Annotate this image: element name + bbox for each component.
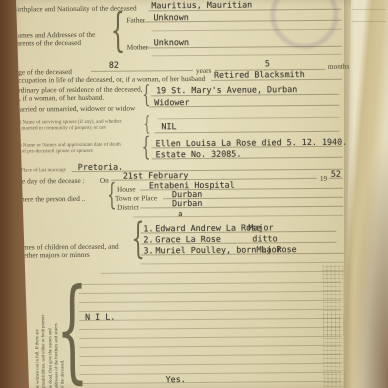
ruled-line (352, 21, 386, 22)
ruled-line (79, 345, 341, 348)
ruled-line (79, 309, 341, 312)
document-content: Birthplace and Nationality of the deceas… (0, 0, 388, 388)
house-label: House (117, 185, 136, 194)
ruled-line (91, 70, 193, 72)
ruled-line (154, 131, 339, 134)
ink-stamp (270, 0, 339, 49)
ruled-line (141, 262, 344, 265)
ruled-line (79, 354, 341, 357)
ruled-line (133, 215, 343, 218)
ruled-line (79, 363, 341, 366)
ruled-line (140, 206, 343, 209)
town-label: Town or Place (115, 193, 157, 202)
marital-label: Married or unmarried, widower or widow (13, 104, 135, 114)
decease-day-label: The day of the decease : (14, 176, 85, 186)
last-marriage-label: (c) Place of last marriage (14, 167, 66, 173)
year-printed: 19 (320, 174, 327, 183)
age-years-value: 82 (109, 60, 119, 70)
page-fold-shadow (344, 0, 354, 388)
ruled-line (79, 318, 341, 321)
district-label: District (117, 202, 139, 211)
residence-label-line2: or, if a woman, of her husband. (13, 93, 104, 103)
parents-label-line2: Parents of the deceased (13, 38, 81, 48)
ruled-line (352, 9, 386, 10)
ruled-line (79, 291, 341, 294)
mother-value: Unknown (154, 37, 189, 47)
ruled-line (329, 178, 343, 179)
father-label: Father (126, 15, 145, 24)
surviving-spouse-label-line2: married in community of property or not (21, 125, 105, 132)
brace-glyph: { (143, 114, 150, 132)
ruled-line (79, 336, 341, 339)
brace-glyph: { (110, 10, 125, 52)
ruled-line (79, 327, 341, 330)
brace-glyph: { (142, 84, 151, 106)
brace-glyph: { (141, 136, 150, 159)
surviving-spouse-value: NIL (161, 121, 176, 131)
yes-value: Yes. (166, 374, 186, 384)
ruled-line (211, 79, 342, 81)
occupation-label: Occupation in life of the deceased, or, … (13, 74, 205, 85)
ruled-line (157, 117, 339, 120)
ruled-line (80, 372, 342, 375)
ruled-line (80, 381, 342, 384)
where-died-label: Where the person died .. (14, 194, 85, 204)
ruled-line (101, 271, 344, 274)
scanned-death-notice: Birthplace and Nationality of the deceas… (0, 0, 388, 388)
children-label-line2: whether majors or minors (14, 250, 89, 260)
ruled-line (152, 54, 342, 57)
predeceased-spouse-label-line2: of pre-deceased spouse or spouses (22, 148, 93, 155)
ruled-line (79, 300, 341, 303)
ruled-line (151, 94, 339, 97)
ruled-line (79, 282, 341, 285)
age-months-value: 5 (265, 58, 270, 68)
